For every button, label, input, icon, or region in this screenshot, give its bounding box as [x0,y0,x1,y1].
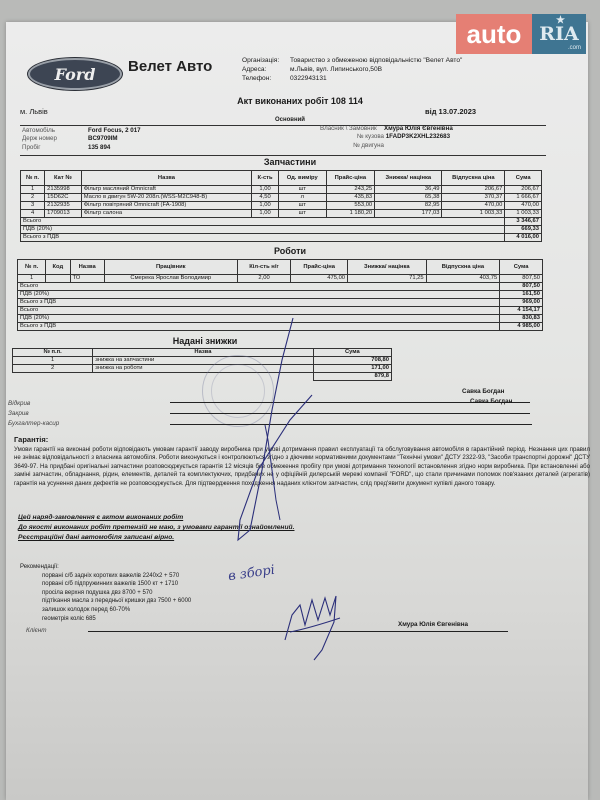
watermark-domain: .com [568,45,581,51]
client-signature-line [88,631,508,632]
table-cell: 171,00 [313,365,391,373]
ford-logo: Ford [28,58,122,90]
cashier-label: Бухгалтер-касир [8,420,59,427]
table-row: 2знижка на роботи171,00 [13,365,392,373]
table-cell: 403,75 [426,275,500,283]
table-cell: 71,25 [348,275,427,283]
parts-table: № п.Кат №НазваК-стьОд. виміруПрайс-цінаЗ… [20,170,542,242]
address-label: Адреса: [242,65,290,74]
total-value: 669,33 [505,226,542,234]
table-cell: 2135998 [45,186,82,194]
act-title: Акт виконаних робіт 108 114 [0,96,600,106]
column-header: Назва [81,171,251,186]
table-cell: шт [278,202,326,210]
total-value: 969,00 [500,299,543,307]
table-cell: 1,00 [252,210,279,218]
table-cell: л [278,194,326,202]
total-row: ПДВ (20%)830,83 [18,315,543,323]
act-subtitle: Основний [0,117,580,123]
guarantee-text: Умови гарантії на виконані роботи відпов… [14,446,590,487]
total-label: Всього [18,283,500,291]
discounts-section-title: Надані знижки [0,336,410,346]
act-city: м. Львів [20,107,48,116]
vin-value: 1FADP3K2XHL232683 [386,133,450,140]
table-cell: Фільтр масляний Omnicraft [81,186,251,194]
table-cell: ТО [70,275,104,283]
table-cell: шт [278,186,326,194]
recommendation-item: підтікання масла з передньої кришки двз … [42,597,191,606]
total-value: 4 985,00 [500,323,543,331]
total-label: Всього [18,307,500,315]
table-cell: 177,03 [375,210,442,218]
table-cell: 435,83 [326,194,375,202]
total-row: Всього4 154,17 [18,307,543,315]
table-cell: Фільтр салона [81,210,251,218]
column-header: Назва [93,349,313,357]
total-value: 161,50 [500,291,543,299]
table-row: 41709013Фільтр салона1,00шт1 180,20177,0… [21,210,542,218]
org-value: Товариство з обмеженою відповідальністю … [290,56,462,65]
signature-line [170,413,530,414]
car-value: Ford Focus, 2 017 [88,127,141,134]
recommendations: Рекомендації: порвані с/б задніх коротки… [20,563,191,623]
table-cell: 1 666,67 [505,194,542,202]
total-row: Всього3 346,67 [21,218,542,226]
mileage-value: 135 894 [88,144,110,151]
table-cell: 1 180,20 [326,210,375,218]
column-header: Сума [505,171,542,186]
table-cell: 3 [21,202,45,210]
table-cell: 2,00 [237,275,291,283]
table-cell: 1 [21,186,45,194]
column-header: Працівник [104,260,237,275]
table-cell: 4,50 [252,194,279,202]
mileage-label: Пробіг [22,144,88,152]
table-row: 215D62CМасло в двигун 5W-20 208л.(WSS-M2… [21,194,542,202]
total-value: 3 346,67 [505,218,542,226]
total-label: Всього з ПДВ [21,234,505,242]
signature-line [170,424,532,425]
total-value: 879,8 [313,373,391,381]
total-row: 879,8 [13,373,392,381]
total-value: 807,50 [500,283,543,291]
plate-label: Держ номер [22,135,88,143]
total-label: ПДВ (20%) [21,226,505,234]
act-date: від 13.07.2023 [425,107,476,116]
table-cell: 1 [18,275,46,283]
closed-by-name: Савка Богдан [470,398,512,405]
watermark-ria-text: RIA [539,23,578,45]
recommendations-list: порвані с/б задніх коротких важелів 2240… [42,572,191,624]
table-row: 32132935Фільтр повітряний Omnicraft (FA-… [21,202,542,210]
table-cell: знижка на роботи [93,365,313,373]
recommendation-item: порвані с/б задніх коротких важелів 2240… [42,572,191,581]
column-header: Назва [70,260,104,275]
works-table: № п.КодНазваПрацівникКіл-сть н/гПрайс-ці… [17,259,543,331]
column-header: Кат № [45,171,82,186]
column-header: № п.п. [13,349,93,357]
column-header: К-сть [252,171,279,186]
owner-label: Власник \ Замовник [320,125,384,133]
table-cell: 807,50 [500,275,543,283]
star-icon: ★ [556,15,565,26]
table-cell: Смерека Ярослав Володимир [104,275,237,283]
table-row: 1знижка на запчастини708,80 [13,357,392,365]
opened-by-label: Відкрив [8,400,30,407]
table-cell: Фільтр повітряний Omnicraft (FA-1908) [81,202,251,210]
vin-label: № кузова [320,133,384,141]
table-cell: 708,80 [313,357,391,365]
table-cell: 475,00 [291,275,348,283]
table-cell: шт [278,210,326,218]
total-label: Всього з ПДВ [18,323,500,331]
client-name: Хмура Юлія Євгенівна [398,621,468,628]
recommendation-item: порвані с/б підпружинних важелів 1500 кт… [42,580,191,589]
total-value: 4 016,00 [505,234,542,242]
table-cell: 1 003,33 [442,210,505,218]
parts-section-title: Запчастини [0,157,580,167]
column-header: Сума [500,260,543,275]
total-row: Всього з ПДВ4 016,00 [21,234,542,242]
statement: Рєєстраційні дані автомобіля записані ві… [18,533,294,543]
total-label: ПДВ (20%) [18,315,500,323]
recommendations-title: Рекомендації: [20,563,191,572]
table-cell: 553,00 [326,202,375,210]
table-cell: Масло в двигун 5W-20 208л.(WSS-M2C948-B) [81,194,251,202]
table-cell: 1 003,33 [505,210,542,218]
table-cell: 206,67 [505,186,542,194]
watermark-ria: ★ RIA .com [532,14,586,54]
dealer-brand: Велет Авто [128,58,212,75]
divider [20,125,546,126]
total-row: ПДВ (20%)669,33 [21,226,542,234]
total-row: Всього з ПДВ4 985,00 [18,323,543,331]
discounts-table: № п.п.НазваСума 1знижка на запчастини708… [12,348,392,381]
watermark-auto: auto [456,14,532,54]
table-cell: 1709013 [45,210,82,218]
column-header: Од. виміру [278,171,326,186]
column-header: Прайс-ціна [326,171,375,186]
guarantee-title: Гарантія: [14,436,590,445]
autoria-watermark: auto ★ RIA .com [456,14,586,54]
works-section-title: Роботи [0,246,580,256]
recommendation-item: геометрія коліс 685 [42,615,191,624]
table-cell: 470,00 [505,202,542,210]
address-value: м.Львів, вул. Липинського,50В [290,65,462,74]
column-header: № п. [18,260,46,275]
car-label: Автомобіль [22,127,88,135]
column-header: Код [46,260,70,275]
recommendation-item: просіла верхня подушка двз 8700 + 570 [42,589,191,598]
table-cell: 2 [13,365,93,373]
opened-by-name: Савка Богдан [462,388,504,395]
engine-label: № двигуна [320,142,384,150]
table-cell: 470,00 [442,202,505,210]
company-stamp [202,355,274,427]
column-header: Кіл-сть н/г [237,260,291,275]
table-cell: 4 [21,210,45,218]
table-row: 1ТОСмерека Ярослав Володимир2,00475,0071… [18,275,543,283]
column-header: № п. [21,171,45,186]
table-cell: 370,37 [442,194,505,202]
table-cell: 243,25 [326,186,375,194]
column-header: Знижка/ націнка [375,171,442,186]
table-cell: 65,38 [375,194,442,202]
table-cell: 82,95 [375,202,442,210]
client-label: Клієнт [26,627,47,634]
divider [20,155,546,156]
vehicle-info-left: АвтомобільFord Focus, 2 017 Держ номерBC… [22,127,141,152]
total-value: 4 154,17 [500,307,543,315]
table-cell: 1,00 [252,202,279,210]
phone-value: 0322943131 [290,74,462,83]
plate-value: BC9709IM [88,135,118,142]
recommendation-item: залишок колодок перед 60-70% [42,606,191,615]
table-cell: 36,49 [375,186,442,194]
statement: До якості виконаних робіт претензій не м… [18,523,294,533]
column-header: Відпускна ціна [426,260,500,275]
vehicle-info-right: Власник \ ЗамовникХмура Юлія Євгенівна №… [320,125,453,150]
org-label: Організація: [242,56,290,65]
closed-by-label: Закрив [8,410,29,417]
column-header: Сума [313,349,391,357]
statement: Цей наряд-замовлення є актом виконаних р… [18,513,294,523]
total-label: Всього [21,218,505,226]
total-value: 830,83 [500,315,543,323]
total-row: Всього з ПДВ969,00 [18,299,543,307]
total-label: Всього з ПДВ [18,299,500,307]
organization-info: Організація:Товариство з обмеженою відпо… [242,56,462,83]
total-row: Всього807,50 [18,283,543,291]
table-cell: 1 [13,357,93,365]
table-cell: 15D62C [45,194,82,202]
table-cell: знижка на запчастини [93,357,313,365]
table-row: 12135998Фільтр масляний Omnicraft1,00шт2… [21,186,542,194]
phone-label: Телефон: [242,74,290,83]
table-cell: 2132935 [45,202,82,210]
column-header: Відпускна ціна [442,171,505,186]
table-cell [46,275,70,283]
table-cell: 2 [21,194,45,202]
client-statements: Цей наряд-замовлення є актом виконаних р… [18,513,294,543]
owner-value: Хмура Юлія Євгенівна [384,125,453,132]
table-cell: 1,00 [252,186,279,194]
column-header: Прайс-ціна [291,260,348,275]
column-header: Знижка/ націнка [348,260,427,275]
table-cell: 206,67 [442,186,505,194]
total-row: ПДВ (20%)161,50 [18,291,543,299]
guarantee-section: Гарантія: Умови гарантії на виконані роб… [14,436,590,489]
total-label: ПДВ (20%) [18,291,500,299]
